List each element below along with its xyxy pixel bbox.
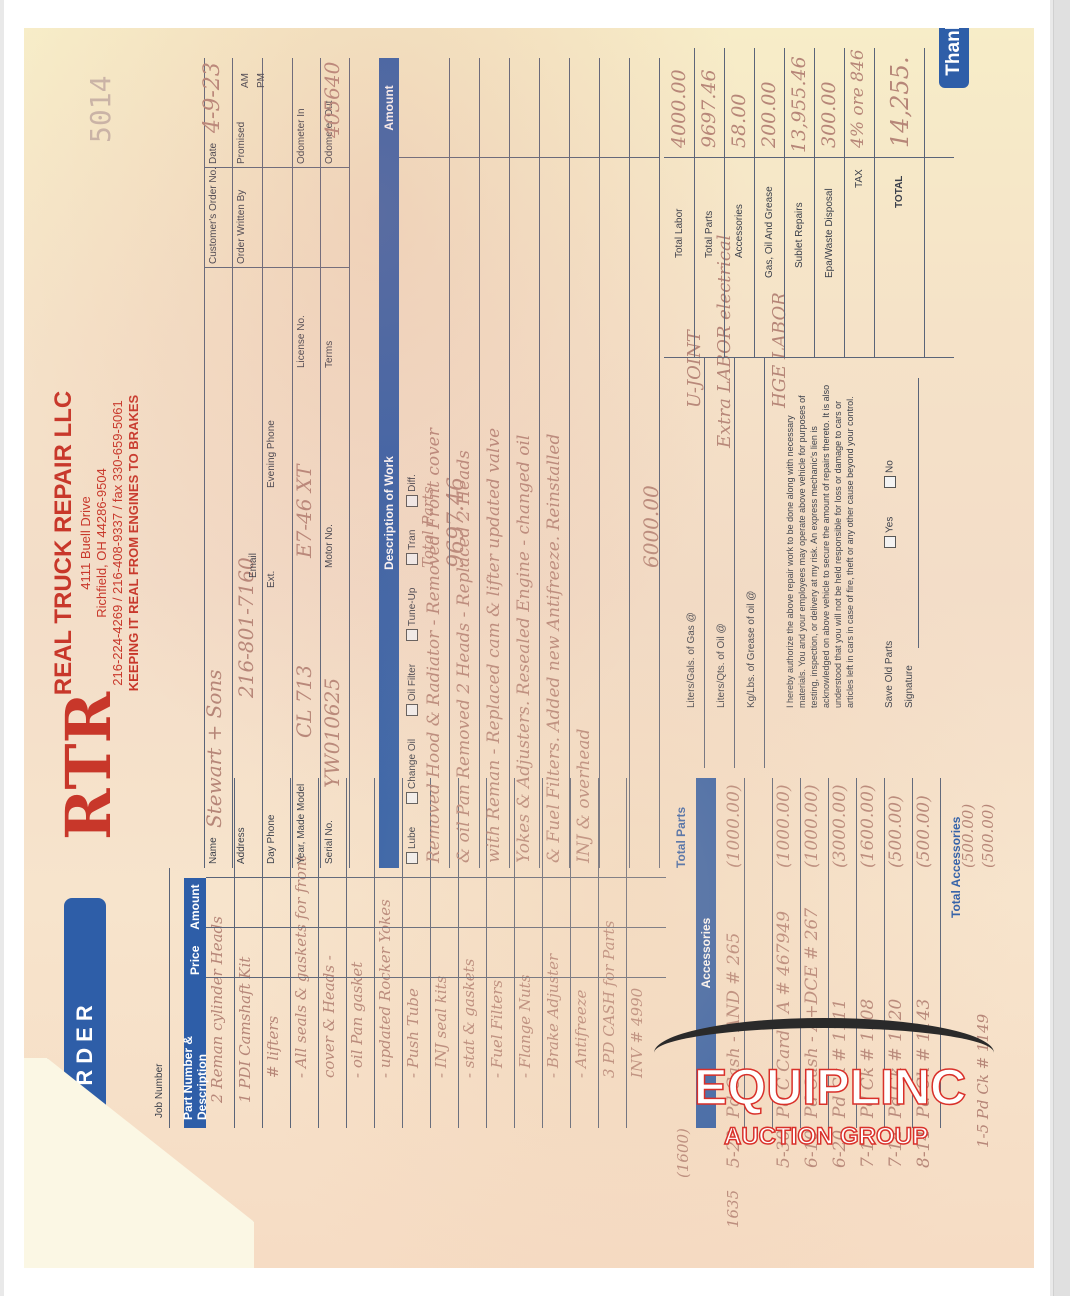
gas-oil-grease-label: Gas, Oil And Grease [764, 186, 775, 278]
work-line: Removed Hood & Radiator - Removed Front … [424, 428, 444, 863]
payment-desc: Pd C Card - A # 467949 [774, 911, 794, 1118]
total-labor-label: Total Labor [674, 209, 685, 258]
oil-filter-checkbox[interactable]: Oil Filter [407, 664, 418, 716]
part-line: 2 Reman cylinder Heads [208, 916, 226, 1103]
name-value[interactable]: Stewart + Sons [202, 669, 226, 828]
repair-order-document: AIR ORDER Job Number Part Number & Descr… [24, 28, 1034, 1268]
margin-note: 1635 [724, 1190, 742, 1228]
payment-desc: Pd Cash - A+DCE # 267 [802, 908, 822, 1118]
tax-value: 4% ore 846 [848, 49, 868, 148]
description-header: Description of Work Amount [379, 58, 399, 868]
year-make-model-value[interactable]: CL 713 [292, 665, 316, 738]
payment-amount: (1000.00) [724, 784, 744, 868]
payment-date: 6-10 [802, 1130, 822, 1168]
price-header: Price [188, 936, 202, 984]
payment-desc: Pd Ck # 1120 [886, 999, 906, 1118]
company-phones: 216-224-4269 / 216-408-9337 / fax 330-65… [110, 328, 126, 758]
part-line: 1 PDI Camshaft Kit [236, 957, 254, 1103]
grand-total-value: 14,255. [886, 56, 914, 148]
parts-header: Part Number & Description Price Amount [184, 878, 206, 1128]
part-line: INV # 4990 [628, 988, 646, 1078]
gas-oil-grease-value: 200.00 [758, 82, 780, 148]
payment-amount: (500.00) [914, 795, 934, 868]
diff-checkbox[interactable]: Diff. [407, 474, 418, 507]
am-label: AM [240, 73, 251, 88]
work-line: & Fuel Filters. Added new Antifreeze. Re… [544, 434, 564, 863]
email-label: Email [248, 553, 259, 578]
license-label: License No. [296, 315, 307, 368]
part-line: - Flange Nuts [516, 975, 534, 1078]
part-line: # lifters [264, 1016, 282, 1078]
part-line: - INJ seal kits [432, 976, 450, 1078]
name-label: Name [208, 837, 219, 864]
part-line: - Push Tube [404, 988, 422, 1078]
payment-desc: Pd Ck # 1108 [858, 999, 878, 1118]
footer-payment-note: 1-5 Pd Ck # 1149 [974, 1014, 992, 1148]
grease-label: Kg/Lbs. of Grease of oil @ [746, 591, 757, 708]
payment-amount: (3000.00) [830, 784, 850, 868]
footer-payment-amount: (500.00) [959, 804, 977, 868]
evening-phone-label: Evening Phone [266, 420, 277, 488]
serial-value[interactable]: YW010625 [320, 678, 344, 788]
year-make-model-label: Year, Made Model [296, 784, 307, 864]
license-value[interactable]: E7-46 XT [292, 465, 316, 558]
change-oil-checkbox[interactable]: Change Oil [407, 739, 418, 804]
grand-total-label: TOTAL [894, 176, 905, 208]
part-line: 3 PD CASH for Parts [600, 921, 618, 1078]
payment-desc: Pd Ck # 1143 [914, 999, 934, 1118]
no-checkbox[interactable]: No [884, 460, 896, 488]
odometer-out-value[interactable]: 405640 [320, 62, 344, 138]
authorization-text: I hereby authorize the above repair work… [784, 378, 856, 708]
total-parts-value: 9697.46 [698, 69, 720, 148]
part-line: - updated Rocker Yokes [376, 899, 394, 1078]
service-checkboxes: Lube Change Oil Oil Filter Tune-Up Tran … [406, 474, 418, 864]
promised-label: Promised [236, 122, 247, 164]
work-line: & oil Pan Removed 2 Heads - Replaced 2 H… [454, 450, 474, 863]
order-number: 5014 [84, 76, 117, 143]
ext-label: Ext. [266, 571, 277, 588]
company-tagline: KEEPING IT REAL FROM ENGINES TO BRAKES [126, 328, 141, 758]
total-parts-label: Total Parts [674, 807, 688, 868]
company-block: REAL TRUCK REPAIR LLC 4111 Buell Drive R… [50, 328, 141, 758]
save-old-parts-label: Save Old Parts [884, 641, 895, 708]
address-label: Address [236, 827, 247, 864]
company-address: 4111 Buell Drive [78, 328, 94, 758]
payment-desc: Pd Cash - AND # 265 [724, 933, 744, 1118]
accessories-total-label: Accessories [734, 204, 745, 258]
epa-waste-label: Epa/Waste Disposal [824, 188, 835, 278]
payment-date: 8-14 [914, 1130, 934, 1168]
address-value[interactable]: 216-801-7160 [234, 557, 258, 698]
sublet-repairs-value: 13,955.46 [788, 56, 810, 153]
total-labor-value: 4000.00 [668, 69, 690, 148]
tune-up-checkbox[interactable]: Tune-Up [407, 588, 418, 642]
epa-waste-value: 300.00 [818, 82, 840, 148]
payment-date: 6-20 [830, 1130, 850, 1168]
customer-info: Name Stewart + Sons Address 216-801-7160… [204, 48, 369, 868]
parts-deduction-note: (1600) [674, 1128, 692, 1178]
part-line: - oil Pan gasket [348, 962, 366, 1078]
lube-checkbox[interactable]: Lube [407, 827, 418, 864]
company-city: Richfield, OH 44286-9504 [94, 328, 110, 758]
totals-table: Total Labor 4000.00 Total Parts 9697.46 … [664, 48, 954, 358]
oil-label: Liters/Qts. of Oil @ [716, 623, 727, 708]
payment-desc: Pd Ck # 1111 [830, 999, 850, 1118]
company-name: REAL TRUCK REPAIR LLC [50, 328, 78, 758]
work-line: with Reman - Replaced cam & lifter updat… [484, 428, 504, 863]
total-parts-label: Total Parts [704, 211, 715, 258]
payment-date: 5-20 [724, 1130, 744, 1168]
date-label: Date [208, 143, 219, 164]
payment-date: 7-1 [858, 1141, 878, 1168]
customer-order-label: Customer's Order No. [208, 167, 219, 264]
payment-amount: (1000.00) [774, 784, 794, 868]
part-line: - Brake Adjuster [544, 954, 562, 1078]
payment-date: 5-30 [774, 1130, 794, 1168]
part-line: - All seals & gaskets for front [292, 855, 310, 1078]
payment-amount: (1600.00) [858, 784, 878, 868]
terms-label: Terms [324, 341, 335, 368]
payment-date: 7-14 [886, 1130, 906, 1168]
sublet-repairs-label: Sublet Repairs [794, 202, 805, 268]
work-line: INJ & overhead [574, 729, 594, 863]
day-phone-label: Day Phone [266, 815, 277, 864]
amount-header: Amount [382, 58, 396, 158]
scrollbar[interactable] [1053, 0, 1070, 1296]
amount-header: Amount [188, 878, 202, 936]
signature-label: Signature [904, 665, 915, 708]
serial-label: Serial No. [324, 820, 335, 864]
pm-label: PM [256, 73, 267, 88]
yes-checkbox[interactable]: Yes [884, 517, 896, 548]
part-number-header: Part Number & Description [181, 984, 209, 1128]
date-value[interactable]: 4-9-23 [200, 62, 225, 133]
payment-amount: (500.00) [886, 795, 906, 868]
odometer-in-label: Odometer In [296, 108, 307, 164]
part-line: - Fuel Filters [488, 980, 506, 1078]
order-written-by-label: Order Written By [236, 190, 247, 264]
footer-payment-amount: (500.00) [979, 804, 997, 868]
part-line: - Antifreeze [572, 990, 590, 1078]
gas-label: Liters/Gals. of Gas @ [686, 612, 697, 708]
job-number-label: Job Number [154, 1064, 165, 1118]
thank-you-badge: Thank You [939, 28, 969, 88]
accessories-header: Accessories [696, 778, 716, 1128]
work-line: Yokes & Adjusters. Resealed Engine - cha… [514, 435, 534, 863]
tran-checkbox[interactable]: Tran [407, 530, 418, 565]
payment-amount: (1000.00) [802, 784, 822, 868]
part-line: cover & Heads - [320, 955, 338, 1078]
tax-label: TAX [854, 169, 865, 188]
motor-label: Motor No. [324, 524, 335, 568]
accessories-total-value: 58.00 [728, 94, 750, 148]
